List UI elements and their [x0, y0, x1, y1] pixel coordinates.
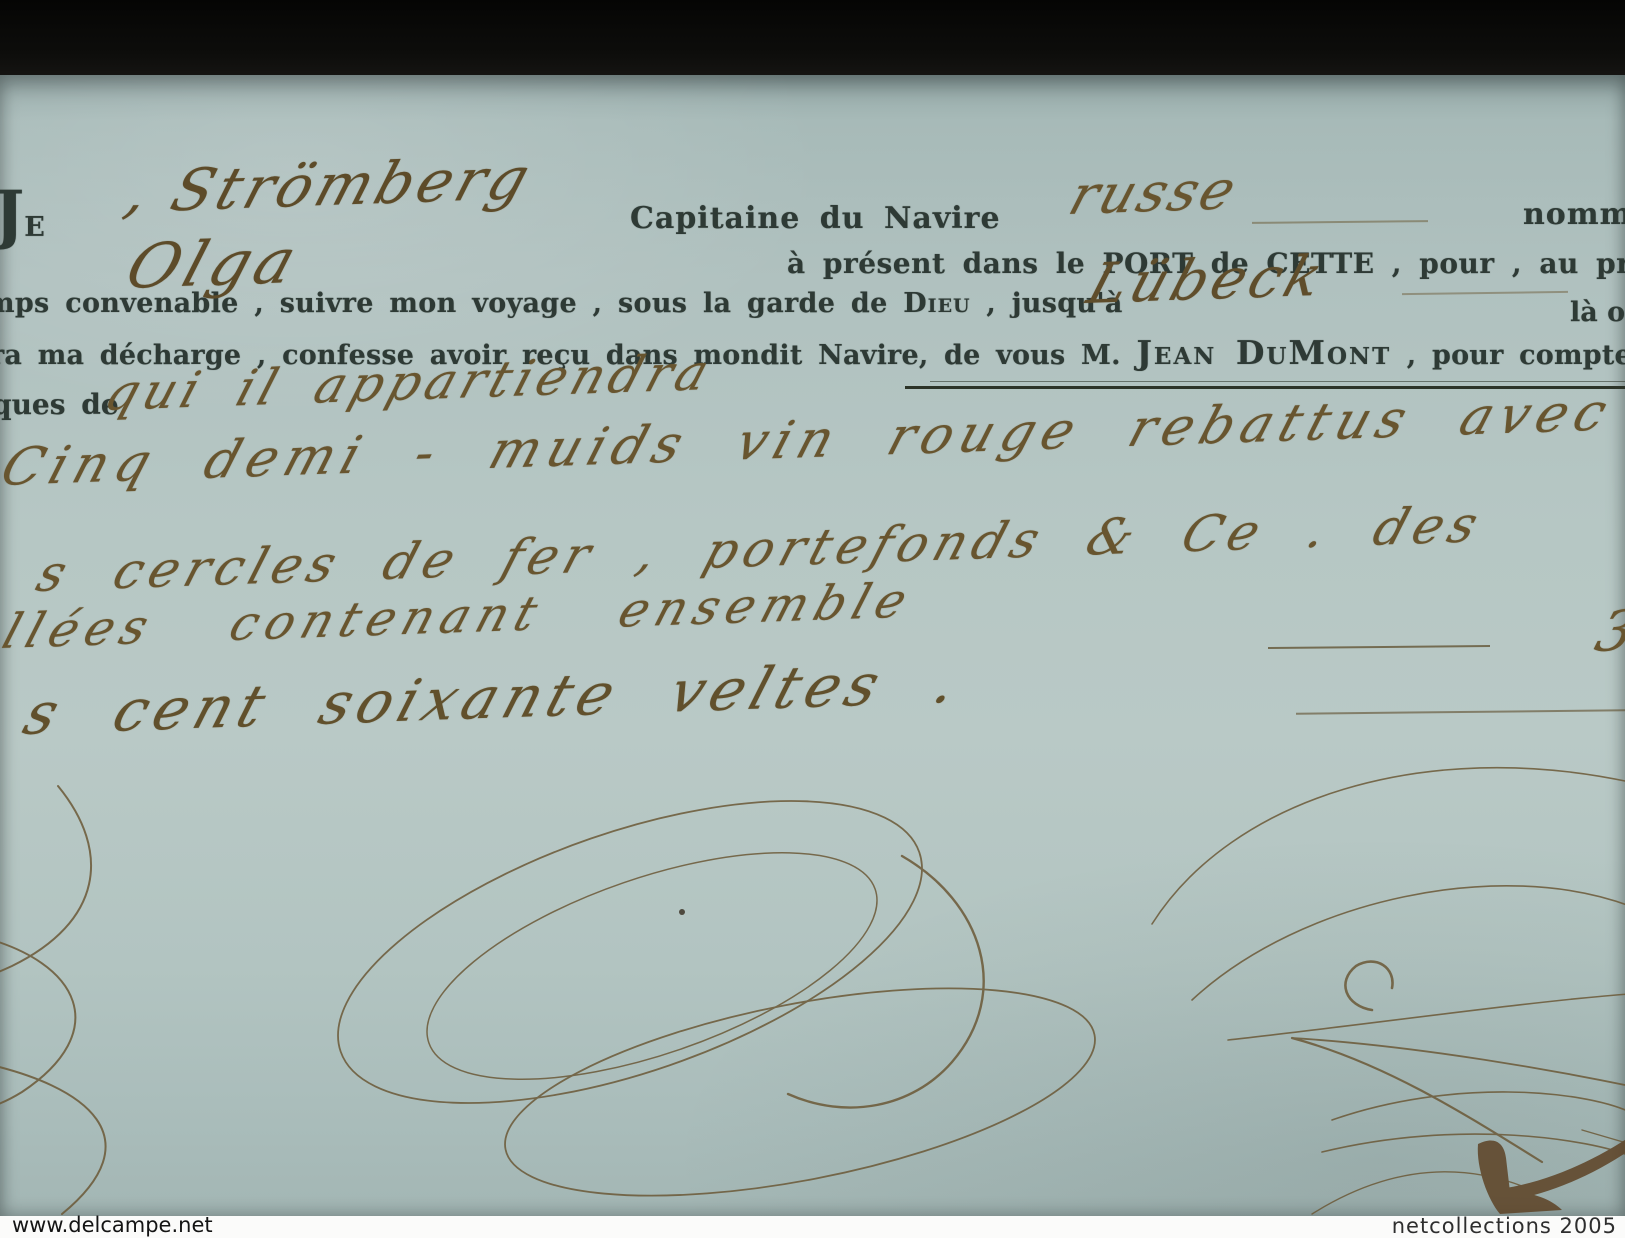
center-flourish [302, 739, 1112, 1216]
left-flourish [0, 786, 106, 1214]
signature-flourishes [0, 0, 1625, 1216]
right-flourish [1152, 768, 1625, 1214]
photo-frame: JE Capitaine du Navire nommé à présent d… [0, 0, 1625, 1238]
photo-bottom-strip [0, 1216, 1625, 1238]
ink-blob [1478, 1138, 1625, 1214]
watermark-delcampe: www.delcampe.net [12, 1213, 213, 1237]
ink-dot [679, 909, 685, 915]
watermark-netcollections: netcollections 2005 [1392, 1214, 1617, 1238]
